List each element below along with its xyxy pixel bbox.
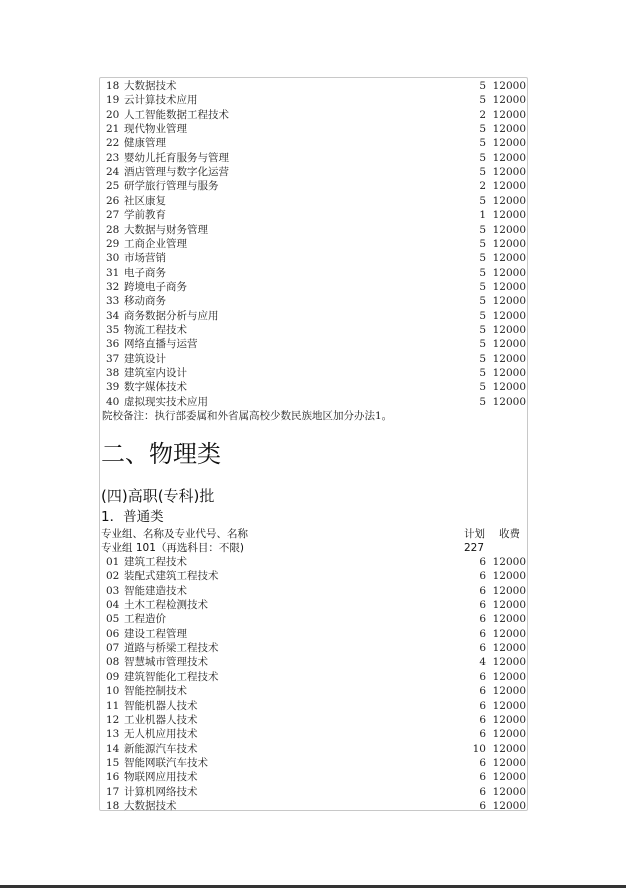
- major-code: 02: [106, 569, 120, 583]
- tuition-fee: 12000: [490, 122, 526, 136]
- table-row: 33移动商务512000: [106, 294, 526, 308]
- tuition-fee: 12000: [490, 179, 526, 193]
- tuition-fee: 12000: [490, 569, 526, 583]
- table-row: 15智能网联汽车技术612000: [106, 756, 526, 770]
- major-name: 健康管理: [124, 136, 166, 150]
- table-row: 09建筑智能化工程技术612000: [106, 670, 526, 684]
- major-name: 新能源汽车技术: [124, 742, 198, 756]
- major-code: 35: [106, 323, 120, 337]
- table-row: 27学前教育112000: [106, 208, 526, 222]
- major-code: 36: [106, 337, 120, 351]
- major-name: 移动商务: [124, 294, 166, 308]
- major-code: 04: [106, 598, 120, 612]
- table-row: 34商务数据分析与应用512000: [106, 309, 526, 323]
- remark-text: 执行部委属和外省属高校少数民族地区加分办法1。: [155, 410, 393, 422]
- plan-count: 5: [466, 337, 486, 351]
- plan-count: 6: [466, 555, 486, 569]
- table-row: 20人工智能数据工程技术212000: [106, 108, 526, 122]
- major-name: 智能建造技术: [124, 584, 187, 598]
- table-row: 12工业机器人技术612000: [106, 713, 526, 727]
- major-code: 21: [106, 122, 120, 136]
- plan-count: 6: [466, 641, 486, 655]
- plan-count: 6: [466, 699, 486, 713]
- table-row: 13无人机应用技术612000: [106, 727, 526, 741]
- major-code: 05: [106, 612, 120, 626]
- table-row: 02装配式建筑工程技术612000: [106, 569, 526, 583]
- tuition-fee: 12000: [490, 756, 526, 770]
- major-code: 22: [106, 136, 120, 150]
- tuition-fee: 12000: [490, 785, 526, 799]
- tuition-fee: 12000: [490, 223, 526, 237]
- major-code: 15: [106, 756, 120, 770]
- major-code: 38: [106, 366, 120, 380]
- table-row: 21现代物业管理512000: [106, 122, 526, 136]
- tuition-fee: 12000: [490, 742, 526, 756]
- major-name: 工商企业管理: [124, 237, 187, 251]
- plan-count: 5: [466, 280, 486, 294]
- major-name: 虚拟现实技术应用: [124, 395, 208, 409]
- table-row: 26社区康复512000: [106, 194, 526, 208]
- major-code: 06: [106, 627, 120, 641]
- major-name: 商务数据分析与应用: [124, 309, 219, 323]
- major-name: 建筑设计: [124, 352, 166, 366]
- tuition-fee: 12000: [490, 337, 526, 351]
- tuition-fee: 12000: [490, 165, 526, 179]
- major-name: 物流工程技术: [124, 323, 187, 337]
- plan-count: 5: [466, 395, 486, 409]
- tuition-fee: 12000: [490, 309, 526, 323]
- plan-count: 5: [466, 266, 486, 280]
- header-plan: 计划: [464, 527, 485, 541]
- major-code: 01: [106, 555, 120, 569]
- tuition-fee: 12000: [490, 136, 526, 150]
- table-row: 07道路与桥梁工程技术612000: [106, 641, 526, 655]
- major-code: 08: [106, 655, 120, 669]
- major-code: 09: [106, 670, 120, 684]
- major-name: 跨境电子商务: [124, 280, 187, 294]
- major-name: 大数据技术: [124, 799, 177, 813]
- major-code: 28: [106, 223, 120, 237]
- table-row: 40虚拟现实技术应用512000: [106, 395, 526, 409]
- batch-title: (四)高职(专科)批: [101, 486, 214, 506]
- tuition-fee: 12000: [490, 584, 526, 598]
- major-name: 工业机器人技术: [124, 713, 198, 727]
- table-row: 19云计算技术应用512000: [106, 93, 526, 107]
- major-name: 装配式建筑工程技术: [124, 569, 219, 583]
- major-name: 学前教育: [124, 208, 166, 222]
- major-name: 工程造价: [124, 612, 166, 626]
- major-code: 25: [106, 179, 120, 193]
- major-code: 37: [106, 352, 120, 366]
- plan-count: 5: [466, 122, 486, 136]
- table-row: 01建筑工程技术612000: [106, 555, 526, 569]
- major-name: 数字媒体技术: [124, 380, 187, 394]
- major-name: 人工智能数据工程技术: [124, 108, 229, 122]
- major-code: 39: [106, 380, 120, 394]
- plan-count: 10: [466, 742, 486, 756]
- table-row: 14新能源汽车技术1012000: [106, 742, 526, 756]
- tuition-fee: 12000: [490, 799, 526, 813]
- plan-count: 6: [466, 569, 486, 583]
- plan-count: 6: [466, 627, 486, 641]
- plan-count: 5: [466, 237, 486, 251]
- table-row: 29工商企业管理512000: [106, 237, 526, 251]
- table-row: 23婴幼儿托育服务与管理512000: [106, 151, 526, 165]
- major-code: 29: [106, 237, 120, 251]
- plan-count: 5: [466, 380, 486, 394]
- table-row: 04土木工程检测技术612000: [106, 598, 526, 612]
- table-row: 18大数据技术512000: [106, 79, 526, 93]
- tuition-fee: 12000: [490, 108, 526, 122]
- header-major: 专业组、名称及专业代号、名称: [101, 527, 248, 541]
- plan-count: 5: [466, 223, 486, 237]
- major-code: 03: [106, 584, 120, 598]
- table-row: 35物流工程技术512000: [106, 323, 526, 337]
- tuition-fee: 12000: [490, 612, 526, 626]
- plan-count: 5: [466, 352, 486, 366]
- plan-count: 2: [466, 179, 486, 193]
- tuition-fee: 12000: [490, 670, 526, 684]
- major-name: 物联网应用技术: [124, 770, 198, 784]
- plan-count: 5: [466, 165, 486, 179]
- major-name: 建筑室内设计: [124, 366, 187, 380]
- major-code: 24: [106, 165, 120, 179]
- major-code: 14: [106, 742, 120, 756]
- table-row: 32跨境电子商务512000: [106, 280, 526, 294]
- section-title: 二、物理类: [101, 438, 221, 470]
- major-name: 社区康复: [124, 194, 166, 208]
- table-row: 31电子商务512000: [106, 266, 526, 280]
- major-name: 建筑智能化工程技术: [124, 670, 219, 684]
- major-code: 33: [106, 294, 120, 308]
- plan-count: 6: [466, 612, 486, 626]
- tuition-fee: 12000: [490, 727, 526, 741]
- plan-count: 5: [466, 151, 486, 165]
- table-row: 36网络直播与运营512000: [106, 337, 526, 351]
- major-name: 酒店管理与数字化运营: [124, 165, 229, 179]
- plan-count: 2: [466, 108, 486, 122]
- major-code: 40: [106, 395, 120, 409]
- tuition-fee: 12000: [490, 380, 526, 394]
- tuition-fee: 12000: [490, 352, 526, 366]
- major-name: 建设工程管理: [124, 627, 187, 641]
- tuition-fee: 12000: [490, 194, 526, 208]
- plan-count: 5: [466, 323, 486, 337]
- plan-count: 5: [466, 309, 486, 323]
- plan-count: 6: [466, 670, 486, 684]
- major-code: 13: [106, 727, 120, 741]
- table-row: 05工程造价612000: [106, 612, 526, 626]
- table-row: 22健康管理512000: [106, 136, 526, 150]
- major-name: 智慧城市管理技术: [124, 655, 208, 669]
- tuition-fee: 12000: [490, 93, 526, 107]
- major-name: 现代物业管理: [124, 122, 187, 136]
- plan-count: 6: [466, 584, 486, 598]
- major-code: 07: [106, 641, 120, 655]
- tuition-fee: 12000: [490, 627, 526, 641]
- major-code: 27: [106, 208, 120, 222]
- tuition-fee: 12000: [490, 395, 526, 409]
- major-code: 11: [106, 699, 120, 713]
- remark-label: 院校备注：: [102, 410, 155, 422]
- table-row: 16物联网应用技术612000: [106, 770, 526, 784]
- category-title: 1．普通类: [101, 508, 164, 526]
- group-plan: 227: [464, 541, 484, 555]
- tuition-fee: 12000: [490, 655, 526, 669]
- table-header: 专业组、名称及专业代号、名称 计划 收费: [101, 527, 526, 541]
- plan-count: 5: [466, 194, 486, 208]
- plan-count: 5: [466, 136, 486, 150]
- plan-count: 6: [466, 684, 486, 698]
- major-name: 建筑工程技术: [124, 555, 187, 569]
- table-row: 25研学旅行管理与服务212000: [106, 179, 526, 193]
- tuition-fee: 12000: [490, 366, 526, 380]
- tuition-fee: 12000: [490, 323, 526, 337]
- major-code: 18: [106, 799, 120, 813]
- major-name: 土木工程检测技术: [124, 598, 208, 612]
- plan-count: 6: [466, 785, 486, 799]
- table-row: 37建筑设计512000: [106, 352, 526, 366]
- table-row: 08智慧城市管理技术412000: [106, 655, 526, 669]
- major-name: 电子商务: [124, 266, 166, 280]
- major-name: 智能控制技术: [124, 684, 187, 698]
- table-row: 18大数据技术612000: [106, 799, 526, 813]
- major-code: 10: [106, 684, 120, 698]
- header-fee: 收费: [499, 527, 520, 541]
- tuition-fee: 12000: [490, 151, 526, 165]
- major-code: 26: [106, 194, 120, 208]
- plan-count: 6: [466, 727, 486, 741]
- major-name: 市场营销: [124, 251, 166, 265]
- major-code: 23: [106, 151, 120, 165]
- major-code: 20: [106, 108, 120, 122]
- table-row: 11智能机器人技术612000: [106, 699, 526, 713]
- major-name: 婴幼儿托育服务与管理: [124, 151, 229, 165]
- table-row: 38建筑室内设计512000: [106, 366, 526, 380]
- major-code: 19: [106, 93, 120, 107]
- table-row: 28大数据与财务管理512000: [106, 223, 526, 237]
- table-row: 17计算机网络技术612000: [106, 785, 526, 799]
- table-row: 39数字媒体技术512000: [106, 380, 526, 394]
- school-remark: 院校备注：执行部委属和外省属高校少数民族地区加分办法1。: [102, 409, 392, 423]
- tuition-fee: 12000: [490, 555, 526, 569]
- tuition-fee: 12000: [490, 280, 526, 294]
- major-name: 计算机网络技术: [124, 785, 198, 799]
- tuition-fee: 12000: [490, 208, 526, 222]
- major-code: 30: [106, 251, 120, 265]
- tuition-fee: 12000: [490, 713, 526, 727]
- table-row: 03智能建造技术612000: [106, 584, 526, 598]
- major-name: 智能机器人技术: [124, 699, 198, 713]
- plan-count: 6: [466, 598, 486, 612]
- tuition-fee: 12000: [490, 684, 526, 698]
- tuition-fee: 12000: [490, 699, 526, 713]
- major-name: 无人机应用技术: [124, 727, 198, 741]
- major-code: 12: [106, 713, 120, 727]
- plan-count: 5: [466, 79, 486, 93]
- plan-count: 5: [466, 93, 486, 107]
- tuition-fee: 12000: [490, 598, 526, 612]
- major-name: 大数据技术: [124, 79, 177, 93]
- major-name: 大数据与财务管理: [124, 223, 208, 237]
- major-name: 网络直播与运营: [124, 337, 198, 351]
- table-row: 30市场营销512000: [106, 251, 526, 265]
- plan-count: 6: [466, 799, 486, 813]
- major-name: 智能网联汽车技术: [124, 756, 208, 770]
- plan-count: 1: [466, 208, 486, 222]
- plan-count: 5: [466, 294, 486, 308]
- major-code: 34: [106, 309, 120, 323]
- tuition-fee: 12000: [490, 79, 526, 93]
- group-label: 专业组 101（再选科目：不限): [101, 541, 244, 555]
- major-name: 云计算技术应用: [124, 93, 198, 107]
- table-row: 24酒店管理与数字化运营512000: [106, 165, 526, 179]
- plan-count: 5: [466, 366, 486, 380]
- tuition-fee: 12000: [490, 770, 526, 784]
- major-group-row: 专业组 101（再选科目：不限) 227: [101, 541, 526, 555]
- plan-count: 4: [466, 655, 486, 669]
- major-code: 32: [106, 280, 120, 294]
- tuition-fee: 12000: [490, 237, 526, 251]
- major-code: 18: [106, 79, 120, 93]
- plan-count: 5: [466, 251, 486, 265]
- tuition-fee: 12000: [490, 641, 526, 655]
- table-row: 06建设工程管理612000: [106, 627, 526, 641]
- tuition-fee: 12000: [490, 266, 526, 280]
- major-code: 17: [106, 785, 120, 799]
- tuition-fee: 12000: [490, 251, 526, 265]
- tuition-fee: 12000: [490, 294, 526, 308]
- table-row: 10智能控制技术612000: [106, 684, 526, 698]
- major-name: 道路与桥梁工程技术: [124, 641, 219, 655]
- major-name: 研学旅行管理与服务: [124, 179, 219, 193]
- plan-count: 6: [466, 756, 486, 770]
- plan-count: 6: [466, 770, 486, 784]
- plan-count: 6: [466, 713, 486, 727]
- major-code: 31: [106, 266, 120, 280]
- major-code: 16: [106, 770, 120, 784]
